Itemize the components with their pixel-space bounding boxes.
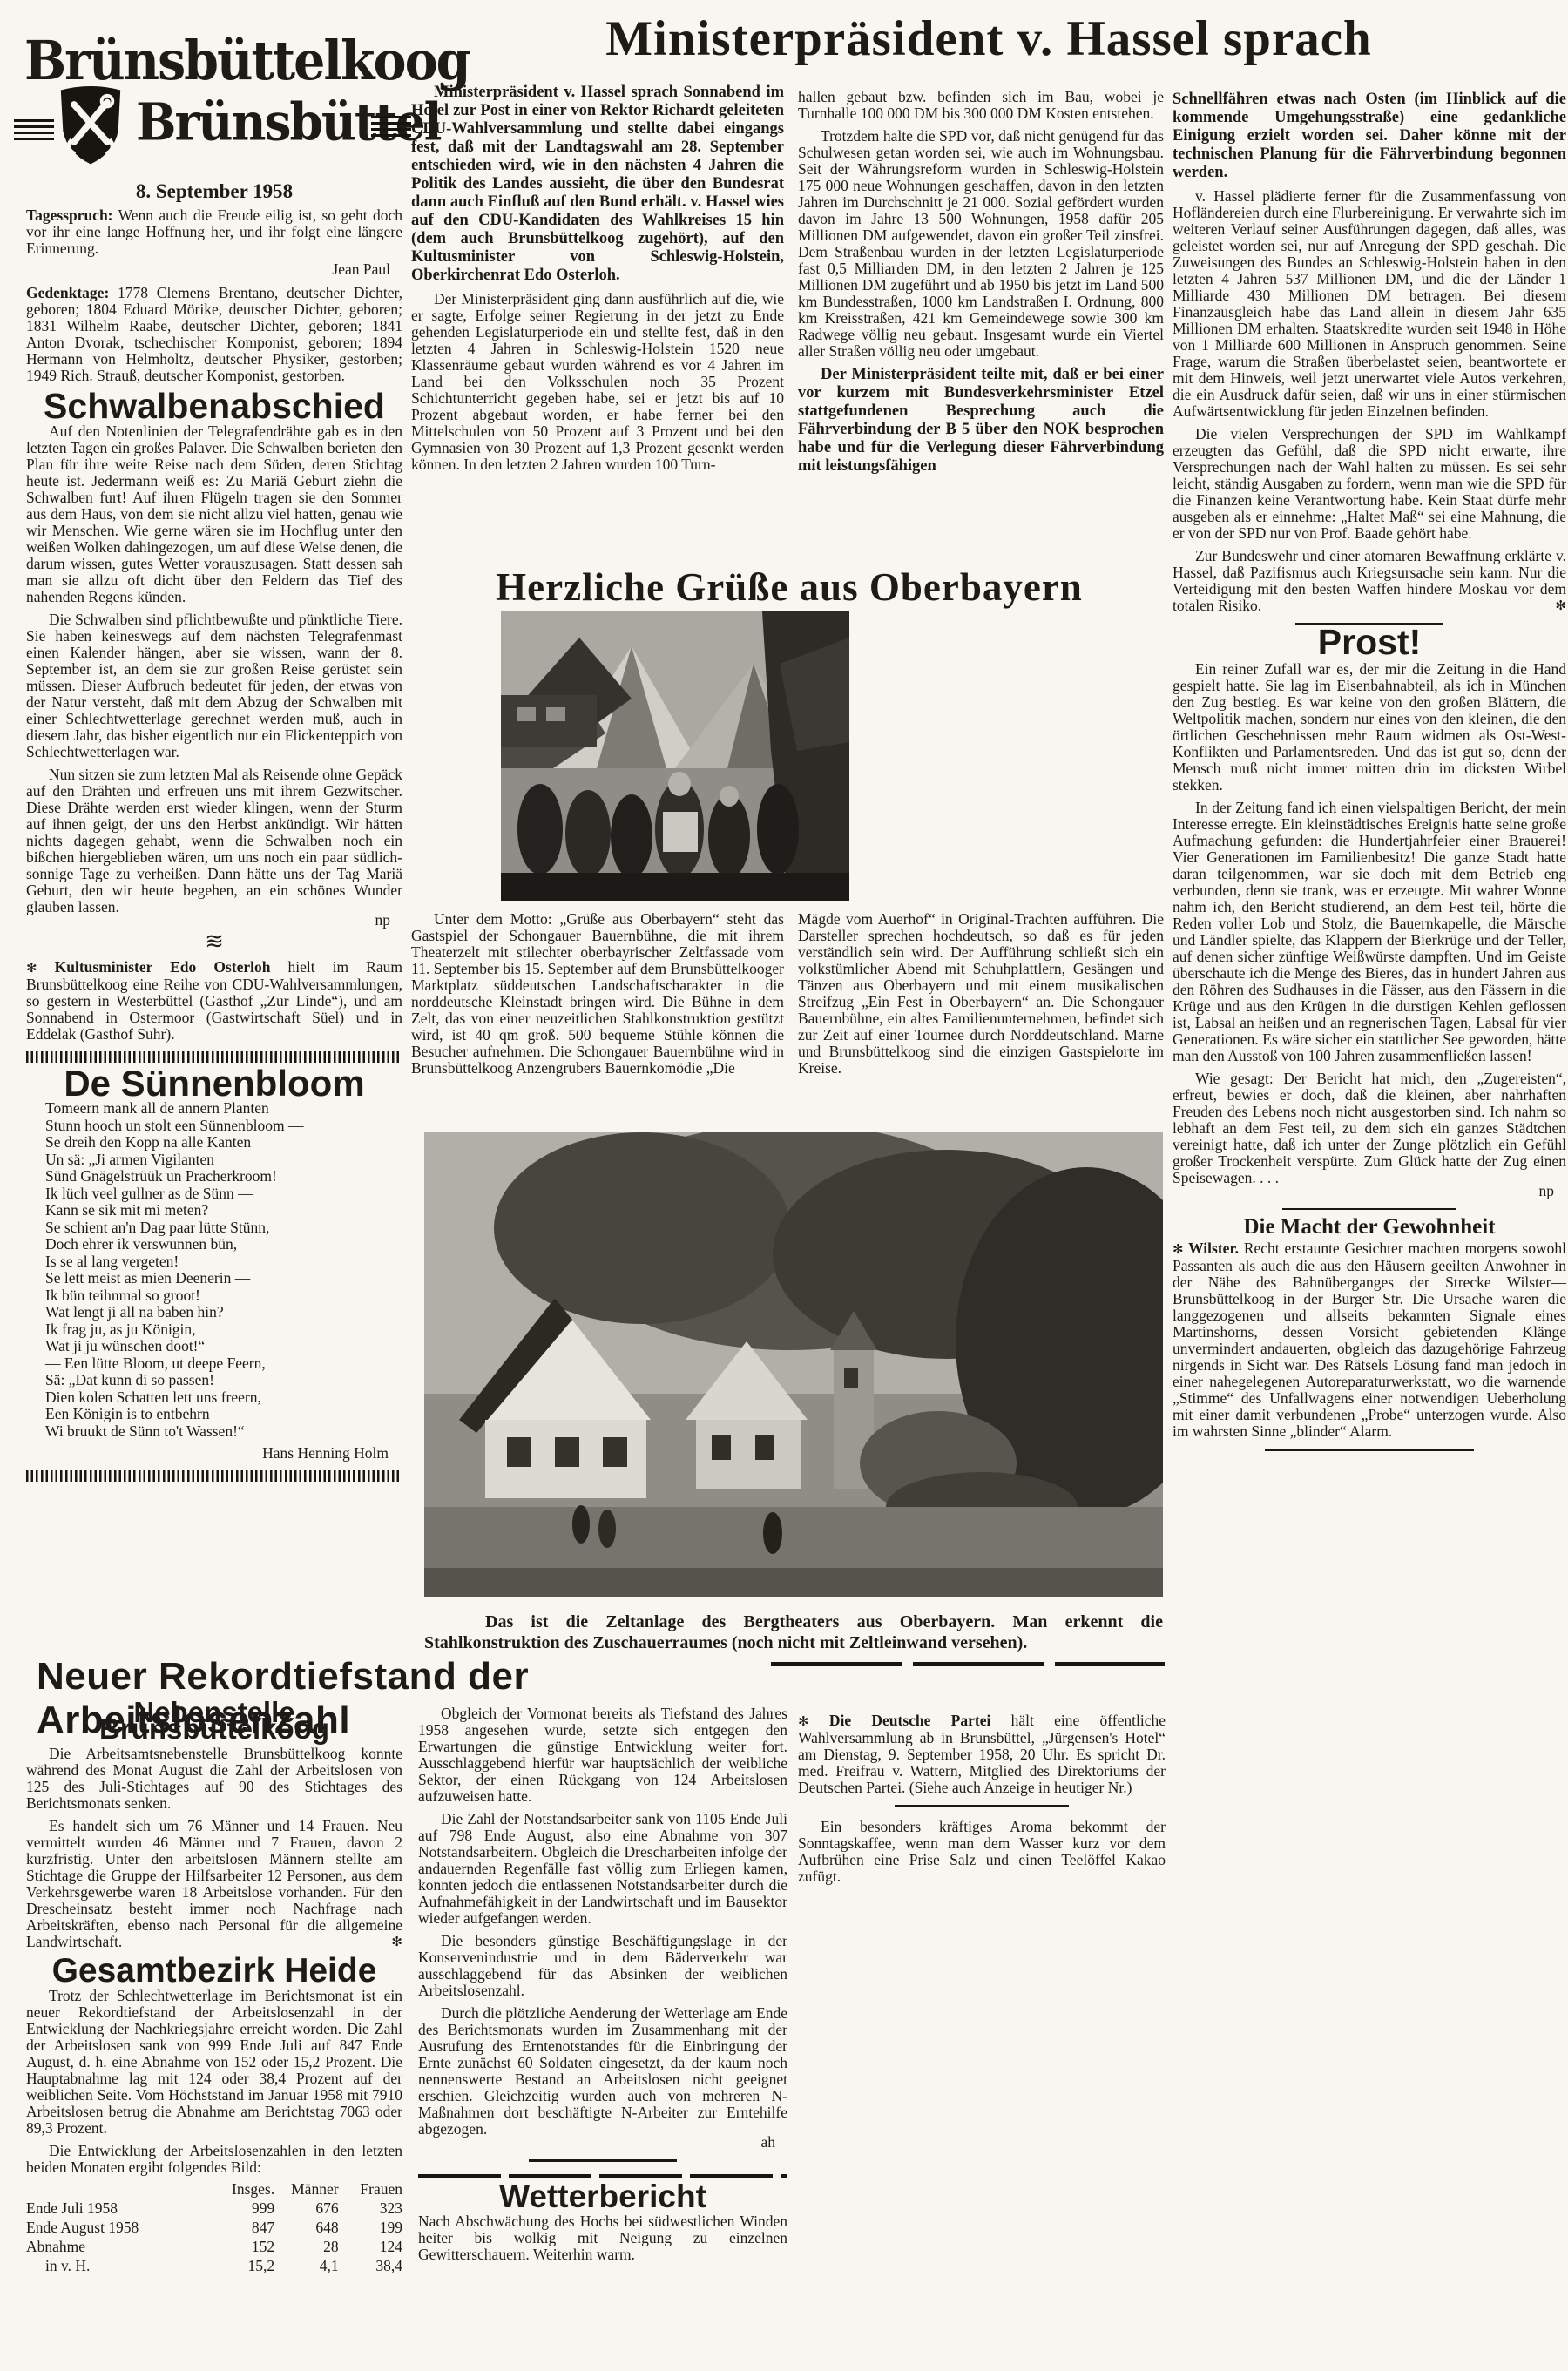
column3-top: hallen gebaut bzw. befinden sich im Bau,… <box>798 89 1164 482</box>
poem-line: Is se al lang vergeten! <box>45 1253 402 1271</box>
osterloh-note: ✻ Kultusminister Edo Osterloh hielt im R… <box>26 959 402 1043</box>
poem-line: Sünd Gnägelstrüük un Pracherkroom! <box>45 1168 402 1185</box>
table-cell: 15,2 <box>211 2256 274 2275</box>
masthead-row: Brünsbüttel <box>24 90 404 173</box>
table-cell: 999 <box>211 2199 274 2218</box>
hassel-col4-paragraph-4: Zur Bundeswehr und einer atomaren Bewaff… <box>1173 548 1566 614</box>
table-cell: 28 <box>274 2237 338 2256</box>
poem-author: Hans Henning Holm <box>26 1445 402 1462</box>
oberbayern-paragraph-right: Mägde vom Auerhof“ in Original-Trachten … <box>798 911 1164 1077</box>
section-rule <box>1282 1208 1456 1210</box>
hassel-col4-lead: Schnellfähren etwas nach Osten (im Hinbl… <box>1173 91 1566 182</box>
jobless-paragraph-2-text: Es handelt sich um 76 Männer und 14 Frau… <box>26 1817 402 1950</box>
column2-top: Ministerpräsident v. Hassel sprach Sonna… <box>411 84 784 479</box>
hassel-col3-paragraph-1: hallen gebaut bzw. befinden sich im Bau,… <box>798 89 1164 122</box>
masthead: Brünsbüttelkoog Brünsbüttel 8. September… <box>24 30 404 203</box>
jobless-mid-paragraph-3: Die besonders günstige Beschäftigungslag… <box>418 1933 787 1999</box>
star-icon: ✻ <box>798 1713 809 1729</box>
gedenktage-label: Gedenktage: <box>26 284 109 301</box>
table-row: Ende August 1958 847 648 199 <box>26 2218 402 2237</box>
column2-bottom: Obgleich der Vormonat bereits als Tiefst… <box>418 1706 787 2269</box>
poem-line: Wat lengt ji all na baben hin? <box>45 1304 402 1321</box>
poem-line: Dien kolen Schatten lett uns freern, <box>45 1389 402 1407</box>
aroma-tip: Ein besonders kräftiges Aroma bekommt de… <box>798 1819 1166 1885</box>
table-header-maenner: Männer <box>274 2179 338 2199</box>
photo-bauernbuehne-band <box>501 611 849 901</box>
jobless-paragraph-3: Trotz der Schlechtwetterlage im Berichts… <box>26 1988 402 2137</box>
section-rule <box>895 1805 1069 1807</box>
section-rule <box>1265 1449 1474 1451</box>
wetterbericht-headline: Wetterbericht <box>418 2188 787 2205</box>
poem-line: Ik bün teihnmal so groot! <box>45 1287 402 1305</box>
column4: Schnellfähren etwas nach Osten (im Hinbl… <box>1173 91 1566 1460</box>
masthead-flourish-right-icon <box>371 116 411 138</box>
table-row: Ende Juli 1958 999 676 323 <box>26 2199 402 2218</box>
photo-zeltanlage <box>424 1132 1163 1597</box>
dashed-rule <box>771 1662 1165 1666</box>
table-cell: 38,4 <box>339 2256 402 2275</box>
jobless-mid-paragraph-2: Die Zahl der Notstandsarbeiter sank von … <box>418 1811 787 1927</box>
nebenstelle-subhead: Nebenstelle Brunsbüttelkoog <box>26 1704 402 1737</box>
newspaper-page: Brünsbüttelkoog Brünsbüttel 8. September… <box>0 0 1568 2371</box>
star-icon: ✻ <box>1173 1241 1184 1257</box>
dashed-rule <box>418 2174 787 2178</box>
poem-line: Een Königin is to entbehrn — <box>45 1406 402 1423</box>
poem-line: Se dreih den Kopp na alle Kanten <box>45 1134 402 1152</box>
hassel-lead-paragraph: Ministerpräsident v. Hassel sprach Sonna… <box>411 84 784 285</box>
oberbayern-text-left: Unter dem Motto: „Grüße aus Oberbayern“ … <box>411 911 784 1083</box>
deutsche-partei-note: ✻ Die Deutsche Partei hält eine öffentli… <box>798 1712 1166 1796</box>
tagesspruch-label: Tagesspruch: <box>26 206 113 224</box>
main-headline: Ministerpräsident v. Hassel sprach <box>409 14 1568 64</box>
hassel-col3-paragraph-2: Trotzdem halte die SPD vor, daß nicht ge… <box>798 128 1164 360</box>
prost-paragraph-1: Ein reiner Zufall war es, der mir die Ze… <box>1173 661 1566 794</box>
gewohnheit-paragraph: ✻ Wilster. Recht erstaunte Gesichter mac… <box>1173 1240 1566 1440</box>
heide-subhead: Gesamtbezirk Heide <box>26 1962 402 1979</box>
poem-line: Un sä: „Ji armen Vigilanten <box>45 1152 402 1169</box>
poem-line: Ik frag ju, as ju Königin, <box>45 1321 402 1339</box>
jobless-paragraph-1: Die Arbeitsamtsnebenstelle Brunsbüttelko… <box>26 1746 402 1812</box>
hassel-col4-paragraph-2: v. Hassel plädierte ferner für die Zusam… <box>1173 188 1566 420</box>
jobless-paragraph-4: Die Entwicklung der Arbeitslosenzahlen i… <box>26 2143 402 2176</box>
prost-headline: Prost! <box>1173 634 1566 651</box>
schwalben-paragraph-3: Nun sitzen sie zum letzten Mal als Reise… <box>26 767 402 915</box>
gewohnheit-text: Recht erstaunte Gesichter machten morgen… <box>1173 1240 1566 1440</box>
star-icon: ✻ <box>368 1934 402 1950</box>
table-cell: 124 <box>339 2237 402 2256</box>
table-cell: 199 <box>339 2218 402 2237</box>
oberbayern-headline: Herzliche Grüße aus Oberbayern <box>409 564 1169 610</box>
schwalben-paragraph-1: Auf den Notenlinien der Telegrafendrähte… <box>26 423 402 605</box>
hatched-divider-bottom <box>26 1470 402 1482</box>
photo-caption: Das ist die Zeltanlage des Bergtheaters … <box>424 1611 1163 1653</box>
masthead-flourish-left-icon <box>14 119 54 142</box>
table-cell: 323 <box>339 2199 402 2218</box>
prost-paragraph-2: In der Zeitung fand ich einen vielspalti… <box>1173 800 1566 1064</box>
tagesspruch-author: Jean Paul <box>26 261 402 278</box>
column1-bottom: Nebenstelle Brunsbüttelkoog Die Arbeitsa… <box>26 1702 402 2275</box>
gewohnheit-headline: Die Macht der Gewohnheit <box>1173 1219 1566 1235</box>
jobless-mid-paragraph-1: Obgleich der Vormonat bereits als Tiefst… <box>418 1706 787 1805</box>
gedenktage-paragraph: Gedenktage: 1778 Clemens Brentano, deuts… <box>26 285 402 384</box>
table-cell-label: in v. H. <box>26 2256 211 2275</box>
jobless-mid-paragraph-4: Durch die plötzliche Aenderung der Wette… <box>418 2005 787 2138</box>
table-row: Abnahme 152 28 124 <box>26 2237 402 2256</box>
squiggle-ornament-icon: ≋ <box>26 934 402 950</box>
poem-line: Sä: „Dat kunn di so passen! <box>45 1372 402 1389</box>
hassel-col2-paragraph: Der Ministerpräsident ging dann ausführl… <box>411 291 784 473</box>
column1-top: Tagesspruch: Wenn auch die Freude eilig … <box>26 207 402 1490</box>
wetterbericht-text: Nach Abschwächung des Hochs bei südwestl… <box>418 2213 787 2263</box>
poem-line: Stunn hooch un stolt een Sünnenbloom — <box>45 1118 402 1135</box>
table-cell: 847 <box>211 2218 274 2237</box>
hassel-col3-paragraph-bold: Der Ministerpräsident teilte mit, daß er… <box>798 366 1164 476</box>
star-icon: ✻ <box>26 960 37 976</box>
oberbayern-paragraph-left: Unter dem Motto: „Grüße aus Oberbayern“ … <box>411 911 784 1077</box>
schwalbenabschied-headline: Schwalbenabschied <box>26 398 402 415</box>
deutsche-partei-lead: Die Deutsche Partei <box>809 1712 991 1729</box>
column3-bottom: ✻ Die Deutsche Partei hält eine öffentli… <box>798 1700 1166 1891</box>
osterloh-lead: Kultusminister Edo Osterloh <box>37 958 271 976</box>
poem-line: Ik lüch veel gullner as de Sünn — <box>45 1185 402 1203</box>
poem-line: Se schient an'n Dag paar lütte Stünn, <box>45 1219 402 1237</box>
star-icon: ✻ <box>1532 598 1566 614</box>
poem-line: Doch ehrer ik verswunnen bün, <box>45 1236 402 1253</box>
table-cell: 648 <box>274 2218 338 2237</box>
prost-paragraph-3: Wie gesagt: Der Bericht hat mich, den „Z… <box>1173 1071 1566 1186</box>
schwalben-paragraph-2: Die Schwalben sind pflichtbewußte und pü… <box>26 611 402 760</box>
table-cell: 676 <box>274 2199 338 2218</box>
poem-line: Wi bruukt de Sünn to't Wassen!“ <box>45 1423 402 1441</box>
hassel-col4-paragraph-3: Die vielen Versprechungen der SPD im Wah… <box>1173 426 1566 542</box>
table-header-empty <box>26 2179 211 2199</box>
table-cell: 4,1 <box>274 2256 338 2275</box>
masthead-title-line1: Brünsbüttelkoog <box>24 30 404 92</box>
tagesspruch-paragraph: Tagesspruch: Wenn auch die Freude eilig … <box>26 207 402 257</box>
table-cell-label: Abnahme <box>26 2237 211 2256</box>
suennenbloom-headline: De Sünnenbloom <box>26 1075 402 1091</box>
section-rule <box>529 2159 677 2162</box>
jobless-paragraph-2: Es handelt sich um 76 Männer und 14 Frau… <box>26 1818 402 1950</box>
poem-line: Kann se sik mit mi meten? <box>45 1202 402 1219</box>
hassel-col4-paragraph-4-text: Zur Bundeswehr und einer atomaren Bewaff… <box>1173 547 1566 614</box>
oberbayern-text-right: Mägde vom Auerhof“ in Original-Trachten … <box>798 911 1164 1083</box>
gewohnheit-lead: Wilster. <box>1184 1240 1239 1257</box>
jobless-table: Insges. Männer Frauen Ende Juli 1958 999… <box>26 2179 402 2275</box>
hatched-divider-top <box>26 1051 402 1063</box>
poem-line: Wat ji ju wünschen doot!“ <box>45 1338 402 1355</box>
masthead-crest-icon <box>57 84 124 166</box>
table-cell-label: Ende Juli 1958 <box>26 2199 211 2218</box>
table-header-insges: Insges. <box>211 2179 274 2199</box>
poem-line: Se lett meist as mien Deenerin — <box>45 1270 402 1287</box>
suennenbloom-poem: Tomeern mank all de annern Planten Stunn… <box>45 1100 402 1440</box>
poem-line: — Een lütte Bloom, ut deepe Feern, <box>45 1355 402 1373</box>
table-cell: 152 <box>211 2237 274 2256</box>
issue-date: 8. September 1958 <box>24 180 404 203</box>
table-row: in v. H. 15,2 4,1 38,4 <box>26 2256 402 2275</box>
table-cell-label: Ende August 1958 <box>26 2218 211 2237</box>
table-header-row: Insges. Männer Frauen <box>26 2179 402 2199</box>
table-header-frauen: Frauen <box>339 2179 402 2199</box>
